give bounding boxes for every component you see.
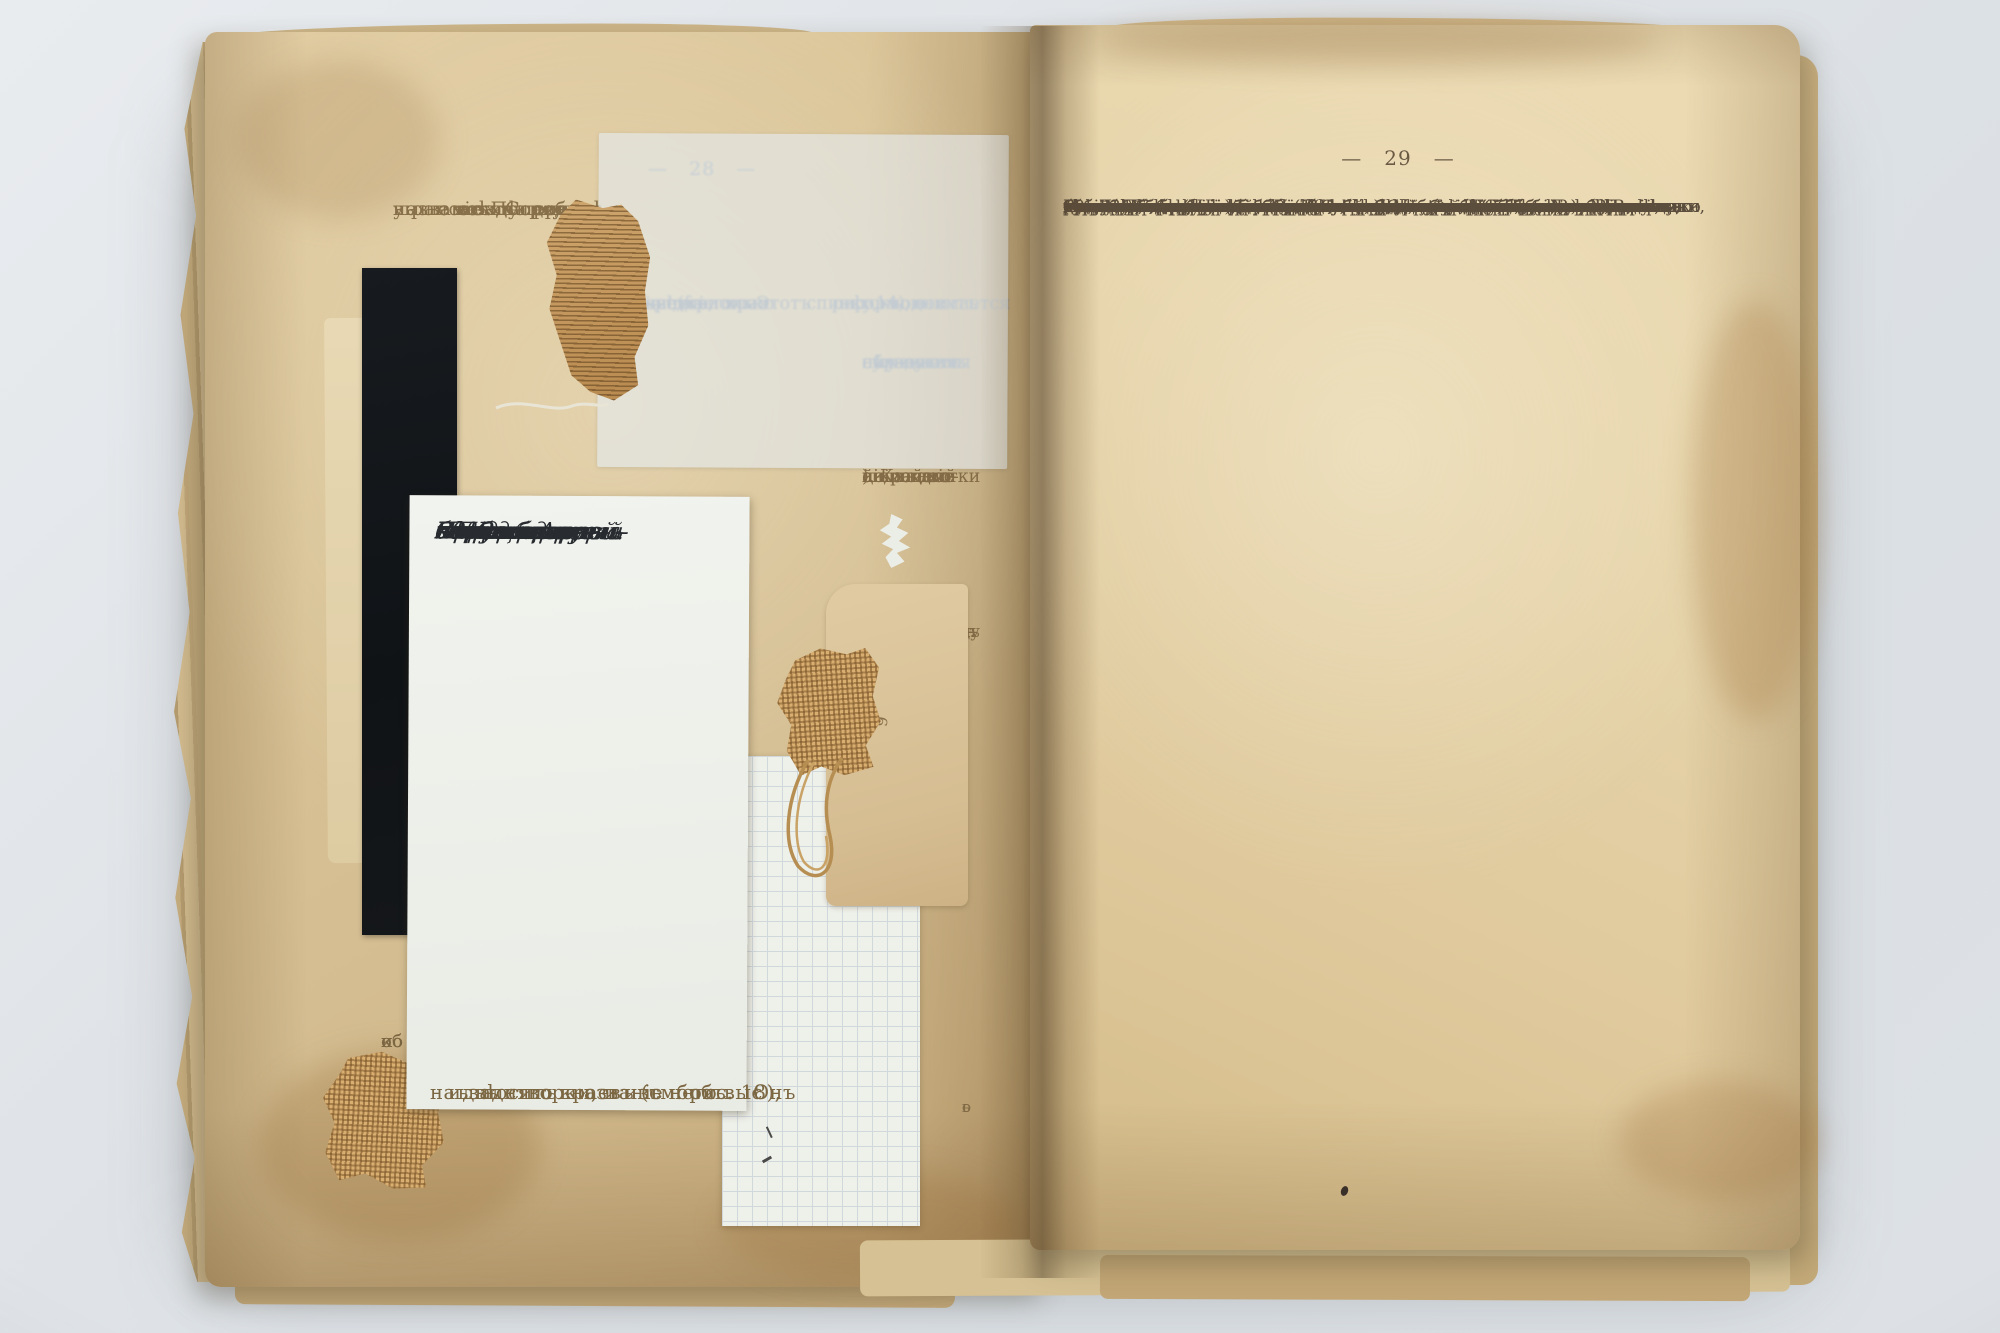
text-line: крѣпкихъ, но не толстыхъ предметовъ, съ … — [1063, 196, 1672, 218]
text-line: ъ носитъ названіе бобъ. Онъ — [456, 1076, 796, 1109]
handwritten-note: Сердцесформирова-но и распо-ложено пра-в… — [406, 495, 749, 1111]
text-line: задѣ — [473, 197, 519, 222]
thread-wisp — [492, 388, 612, 428]
bottom-page-stack-edge-2 — [1100, 1255, 1750, 1301]
text-line: 50% — [434, 519, 490, 544]
handwriting: Сердцесформирова-но и распо-ложено пра-в… — [435, 519, 749, 521]
text-line: ко — [381, 1026, 403, 1057]
text-line: о — [962, 1094, 971, 1121]
page-number-header: — 29 — — [1318, 146, 1478, 170]
translucent-tracing-sheet — [597, 133, 1009, 469]
photo-open-book: у рапса. Посрединѣвыше всѣхъ одинназвані… — [0, 0, 2000, 1333]
thread-loop — [772, 758, 892, 888]
text-line: аніи такіе — [862, 466, 954, 489]
